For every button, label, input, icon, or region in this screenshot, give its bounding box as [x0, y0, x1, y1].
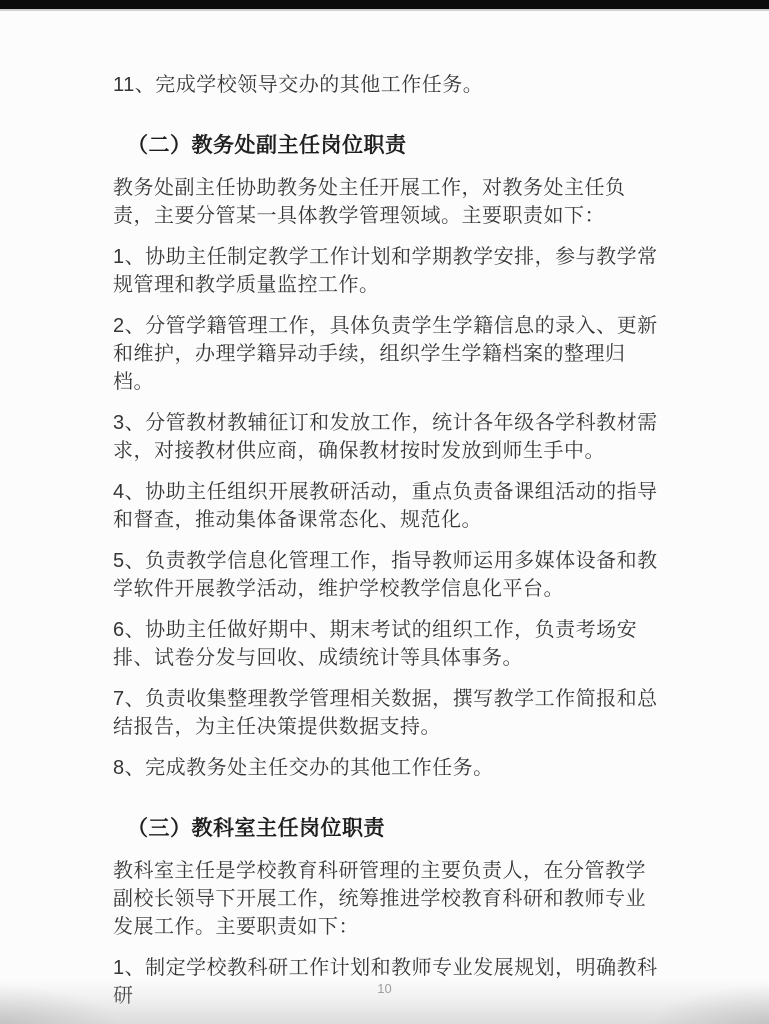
- section-intro: 教科室主任是学校教育科研管理的主要负责人，在分管教学副校长领导下开展工作，统筹推…: [113, 857, 665, 941]
- list-item: 7、负责收集整理教学管理相关数据，撰写教学工作简报和总结报告，为主任决策提供数据…: [113, 685, 665, 741]
- top-edge-bar: [0, 0, 769, 11]
- list-item: 8、完成教务处主任交办的其他工作任务。: [113, 754, 665, 782]
- section-heading-2: （二）教务处副主任岗位职责: [127, 131, 665, 161]
- list-item-prev-section: 11、完成学校领导交办的其他工作任务。: [113, 71, 665, 99]
- list-item: 5、负责教学信息化管理工作，指导教师运用多媒体设备和教学软件开展教学活动，维护学…: [113, 547, 665, 603]
- list-item: 1、协助主任制定教学工作计划和学期教学安排，参与教学常规管理和教学质量监控工作。: [113, 243, 665, 299]
- document-page: 11、完成学校领导交办的其他工作任务。 （二）教务处副主任岗位职责 教务处副主任…: [0, 11, 769, 1024]
- list-item: 4、协助主任组织开展教研活动，重点负责备课组活动的指导和督查，推动集体备课常态化…: [113, 478, 665, 534]
- section-intro: 教务处副主任协助教务处主任开展工作，对教务处主任负责，主要分管某一具体教学管理领…: [113, 174, 665, 230]
- list-item: 6、协助主任做好期中、期末考试的组织工作，负责考场安排、试卷分发与回收、成绩统计…: [113, 616, 665, 672]
- page-number: 10: [0, 981, 769, 996]
- section-heading-3: （三）教科室主任岗位职责: [127, 814, 665, 844]
- list-item: 2、分管学籍管理工作，具体负责学生学籍信息的录入、更新和维护，办理学籍异动手续，…: [113, 312, 665, 396]
- document-content: 11、完成学校领导交办的其他工作任务。 （二）教务处副主任岗位职责 教务处副主任…: [0, 11, 769, 1010]
- list-item: 3、分管教材教辅征订和发放工作，统计各年级各学科教材需求，对接教材供应商，确保教…: [113, 409, 665, 465]
